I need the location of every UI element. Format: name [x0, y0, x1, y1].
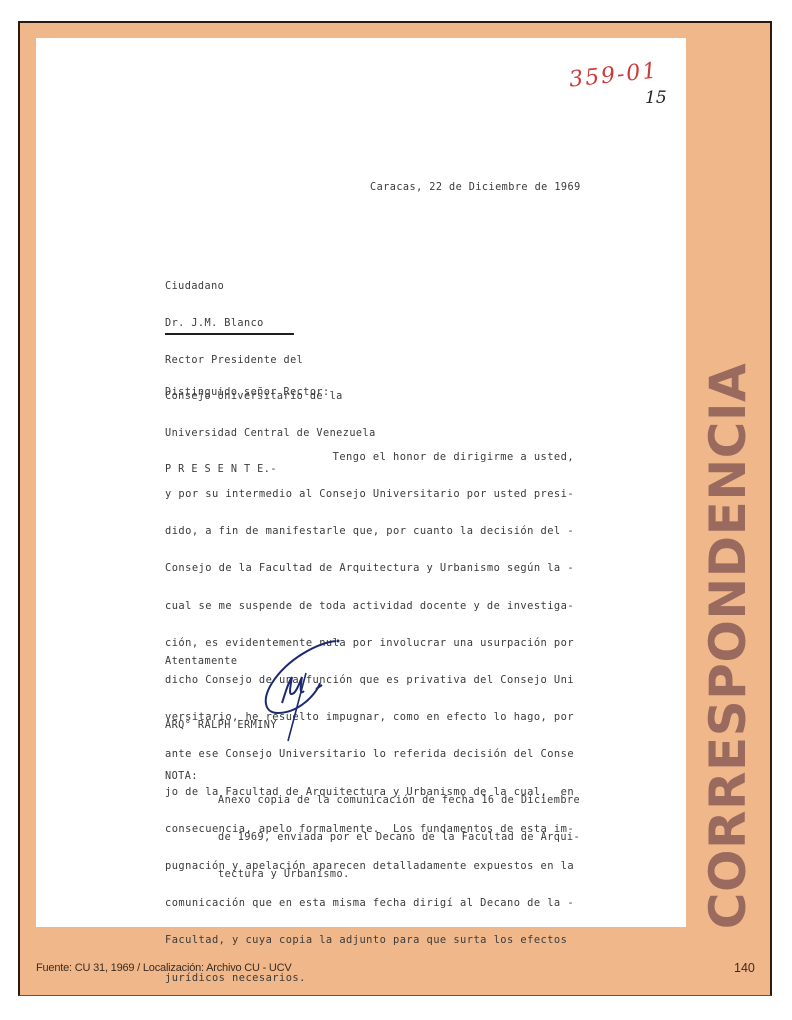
source-caption: Fuente: CU 31, 1969 / Localización: Arch…: [36, 962, 292, 974]
presente-underline: [165, 333, 294, 335]
letter-date: Caracas, 22 de Diciembre de 1969: [370, 182, 581, 194]
body-line: comunicación que en esta misma fecha dir…: [165, 897, 574, 909]
closing: Atentamente: [165, 656, 237, 668]
body-line: ante ese Consejo Universitario lo referi…: [165, 748, 574, 760]
nota-line: Anexo copia de la comunicación de fecha …: [218, 795, 580, 807]
body-line: Consejo de la Facultad de Arquitectura y…: [165, 562, 574, 574]
recipient-line: Ciudadano: [165, 281, 376, 293]
signer-name: ARQ° RALPH ERMINY: [165, 720, 277, 732]
body-line: y por su intermedio al Consejo Universit…: [165, 488, 574, 500]
nota-line: de 1969, enviada por el Decano de la Fac…: [218, 832, 580, 844]
recipient-line: Rector Presidente del: [165, 355, 376, 367]
body-line: dido, a fin de manifestarle que, por cua…: [165, 525, 574, 537]
body-line: dicho Consejo de una función que es priv…: [165, 674, 574, 686]
body-line: Tengo el honor de dirigirme a usted,: [165, 451, 574, 463]
folio-number-annotation: 15: [645, 88, 667, 108]
nota-line: tectura y Urbanismo.: [218, 869, 580, 881]
body-line: ción, es evidentemente nula por involucr…: [165, 637, 574, 649]
page-number: 140: [734, 961, 755, 975]
recipient-line: Dr. J.M. Blanco: [165, 318, 376, 330]
body-line: Facultad, y cuya copia la adjunto para q…: [165, 934, 574, 946]
nota-label: NOTA:: [165, 771, 198, 783]
body-line: cual se me suspende de toda actividad do…: [165, 600, 574, 612]
salutation: Distinguido señor Rector:: [165, 387, 330, 399]
section-title: CORRESPONDENCIA: [703, 363, 753, 929]
letter-body: Tengo el honor de dirigirme a usted, y p…: [165, 426, 574, 996]
nota-text: Anexo copia de la comunicación de fecha …: [218, 771, 580, 893]
